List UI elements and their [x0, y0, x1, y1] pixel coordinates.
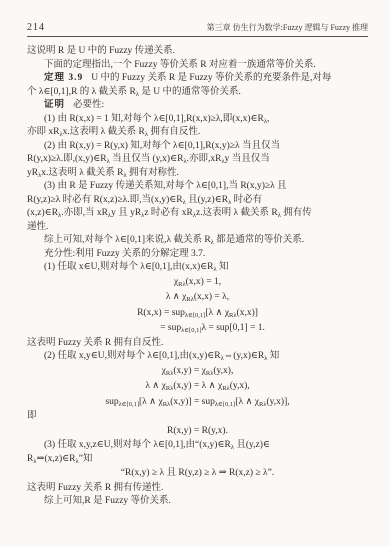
line-text: yRλx.这表明 λ 截关系 Rλ 拥有对称性.: [27, 168, 179, 178]
line-text: (3) 任取 x,y,z∈U,则对每个 λ∈[0,1],由“(x,y)∈Rλ 且…: [44, 440, 270, 450]
line-text: λ ∧ χRλ(x,y) = λ ∧ χRλ(y,x),: [145, 381, 249, 391]
paragraph-lead: 定理 3.9: [44, 73, 83, 83]
line-text: supλ∈[0,1][λ ∧ χRλ(x,y)] = supλ∈[0,1][λ …: [105, 397, 289, 407]
formula-line: R(x,x) = supλ∈[0,1][λ ∧ χRλ(x,x)]: [27, 306, 368, 322]
text-line: (x,z)∈Rλ.亦即,当 xRλy 且 yRλz 时必有 xRλz.这表明 λ…: [27, 207, 368, 221]
line-text: (3) 由 R 是 Fuzzy 传递关系知,对每个 λ∈[0,1],当 R(x,…: [44, 181, 287, 191]
text-line: (1) 由 R(x,x) = 1 知,对每个 λ∈[0,1],R(x,x)≥λ,…: [27, 113, 368, 127]
formula-line: supλ∈[0,1][λ ∧ χRλ(x,y)] = supλ∈[0,1][λ …: [27, 395, 368, 411]
line-text: (2) 任取 x,y∈U,则对每个 λ∈[0,1],由(x,y)∈Rλ⇔(y,x…: [44, 351, 279, 361]
line-text: 综上可知,对每个 λ∈[0,1]来说,λ 截关系 Rλ 都是通常的等价关系.: [44, 235, 304, 245]
line-text: R(y,z)≥λ 时必有 R(x,z)≥λ.即,当(x,y)∈Rλ 且(y,z)…: [27, 195, 262, 205]
text-line: 证明必要性:: [27, 99, 368, 113]
line-text: = supλ∈[0,1]λ = sup[0,1] = 1.: [160, 323, 265, 333]
line-text: (2) 由 R(x,y) = R(y,x) 知,对每个 λ∈[0,1],R(x,…: [44, 141, 280, 151]
text-line: 个 λ∈[0,1],R 的 λ 截关系 Rλ 是 U 中的通常等价关系.: [27, 86, 368, 100]
line-text: (x,z)∈Rλ.亦即,当 xRλy 且 yRλz 时必有 xRλz.这表明 λ…: [27, 208, 312, 218]
line-text: R(x,x) = supλ∈[0,1][λ ∧ χRλ(x,x)]: [137, 308, 258, 318]
line-text: R(x,y) = R(y,x).: [167, 426, 228, 436]
line-text: U 中的 Fuzzy 关系 R 是 Fuzzy 等价关系的充要条件是,对每: [91, 73, 331, 83]
line-text: 必要性:: [73, 100, 104, 110]
formula-line: λ ∧ χRλ(x,x) = λ,: [27, 290, 368, 306]
formula-line: “R(x,y) ≥ λ 且 R(y,z) ≥ λ ⇒ R(x,z) ≥ λ”.: [27, 466, 368, 482]
formula-line: R(x,y) = R(y,x).: [27, 424, 368, 440]
line-text: R(y,x)≥λ.即,(x,y)∈Rλ 当且仅当 (y,x)∈Rλ.亦即,xRλ…: [27, 154, 270, 164]
text-line: 这说明 R 是 U 中的 Fuzzy 传递关系.: [27, 45, 368, 59]
running-head: 第三章 仿生行为数学:Fuzzy 逻辑与 Fuzzy 推理: [207, 22, 368, 33]
line-text: (1) 由 R(x,x) = 1 知,对每个 λ∈[0,1],R(x,x)≥λ,…: [44, 114, 269, 124]
line-text: Rλ⇒(x,z)∈Rλ”知: [27, 454, 92, 464]
line-text: χRλ(x,x) = 1,: [174, 277, 221, 287]
line-text: 即: [27, 411, 37, 421]
page-content: 这说明 R 是 U 中的 Fuzzy 传递关系.下面的定理指出,一个 Fuzzy…: [27, 45, 368, 509]
line-text: 综上可知,R 是 Fuzzy 等价关系.: [44, 496, 171, 506]
text-line: 下面的定理指出,一个 Fuzzy 等价关系 R 对应着一族通常等价关系.: [27, 59, 368, 73]
text-line: 这表明 Fuzzy 关系 R 拥有传递性.: [27, 482, 368, 496]
formula-line: χRλ(x,x) = 1,: [27, 275, 368, 291]
line-text: 个 λ∈[0,1],R 的 λ 截关系 Rλ 是 U 中的通常等价关系.: [27, 87, 241, 97]
line-text: 下面的定理指出,一个 Fuzzy 等价关系 R 对应着一族通常等价关系.: [44, 60, 316, 70]
text-line: R(y,x)≥λ.即,(x,y)∈Rλ 当且仅当 (y,x)∈Rλ.亦即,xRλ…: [27, 153, 368, 167]
paragraph-lead: 证明: [44, 100, 65, 110]
line-text: 亦即 xRλx.这表明 λ 截关系 Rλ 拥有自反性.: [27, 127, 200, 137]
text-line: (2) 由 R(x,y) = R(y,x) 知,对每个 λ∈[0,1],R(x,…: [27, 140, 368, 154]
text-line: yRλx.这表明 λ 截关系 Rλ 拥有对称性.: [27, 167, 368, 181]
text-line: R(y,z)≥λ 时必有 R(x,z)≥λ.即,当(x,y)∈Rλ 且(y,z)…: [27, 194, 368, 208]
text-line: Rλ⇒(x,z)∈Rλ”知: [27, 453, 368, 467]
formula-line: χRλ(x,y) = χRλ(y,x),: [27, 364, 368, 380]
line-text: “R(x,y) ≥ λ 且 R(y,z) ≥ λ ⇒ R(x,z) ≥ λ”.: [121, 468, 274, 478]
formula-line: = supλ∈[0,1]λ = sup[0,1] = 1.: [27, 321, 368, 337]
line-text: (1) 任取 x∈U,则对每个 λ∈[0,1],由(x,x)∈Rλ 知: [44, 262, 229, 272]
page-header: 214 第三章 仿生行为数学:Fuzzy 逻辑与 Fuzzy 推理: [27, 22, 368, 37]
text-line: 即: [27, 410, 368, 424]
formula-line: λ ∧ χRλ(x,y) = λ ∧ χRλ(y,x),: [27, 379, 368, 395]
line-text: 递性.: [27, 222, 48, 232]
line-text: 这表明 Fuzzy 关系 R 拥有自反性.: [27, 338, 163, 348]
text-line: (3) 由 R 是 Fuzzy 传递关系知,对每个 λ∈[0,1],当 R(x,…: [27, 180, 368, 194]
text-line: 充分性:利用 Fuzzy 关系的分解定理 3.7.: [27, 248, 368, 262]
text-line: 综上可知,对每个 λ∈[0,1]来说,λ 截关系 Rλ 都是通常的等价关系.: [27, 234, 368, 248]
text-line: 亦即 xRλx.这表明 λ 截关系 Rλ 拥有自反性.: [27, 126, 368, 140]
book-page: 214 第三章 仿生行为数学:Fuzzy 逻辑与 Fuzzy 推理 这说明 R …: [0, 0, 390, 546]
text-line: 递性.: [27, 221, 368, 235]
text-line: 综上可知,R 是 Fuzzy 等价关系.: [27, 495, 368, 509]
line-text: 充分性:利用 Fuzzy 关系的分解定理 3.7.: [44, 249, 205, 259]
page-number: 214: [27, 22, 45, 33]
line-text: 这说明 R 是 U 中的 Fuzzy 传递关系.: [27, 46, 175, 56]
text-line: (3) 任取 x,y,z∈U,则对每个 λ∈[0,1],由“(x,y)∈Rλ 且…: [27, 439, 368, 453]
text-line: (2) 任取 x,y∈U,则对每个 λ∈[0,1],由(x,y)∈Rλ⇔(y,x…: [27, 350, 368, 364]
text-line: 定理 3.9U 中的 Fuzzy 关系 R 是 Fuzzy 等价关系的充要条件是…: [27, 72, 368, 86]
text-line: (1) 任取 x∈U,则对每个 λ∈[0,1],由(x,x)∈Rλ 知: [27, 261, 368, 275]
text-line: 这表明 Fuzzy 关系 R 拥有自反性.: [27, 337, 368, 351]
line-text: λ ∧ χRλ(x,x) = λ,: [166, 292, 229, 302]
line-text: 这表明 Fuzzy 关系 R 拥有传递性.: [27, 483, 163, 493]
line-text: χRλ(x,y) = χRλ(y,x),: [162, 366, 234, 376]
